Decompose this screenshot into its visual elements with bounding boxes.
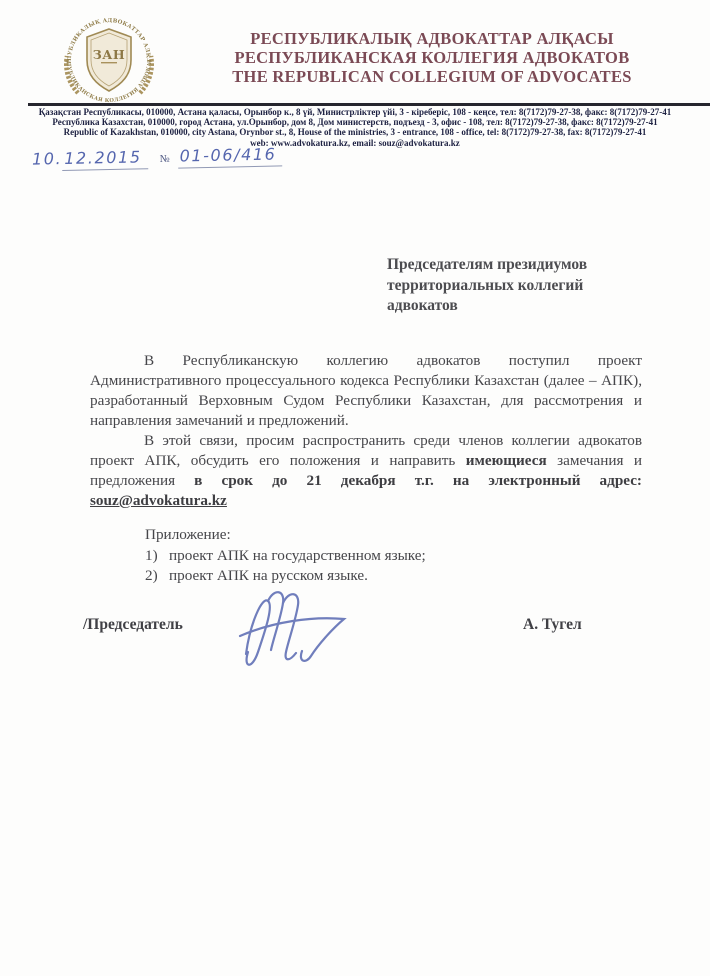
attachment-text: проект АПК на государственном языке;	[169, 547, 426, 564]
attachment-item: 1)проект АПК на государственном языке;	[145, 546, 426, 567]
attachments-title: Приложение:	[145, 525, 426, 546]
org-name-russian: РЕСПУБЛИКАНСКАЯ КОЛЛЕГИЯ АДВОКАТОВ	[168, 48, 696, 67]
attachment-number: 2)	[145, 566, 169, 587]
scanned-letter-page: РЕСПУБЛИКАЛЫҚ АДВОКАТТАР АЛҚАСЫ РЕСПУБЛИ…	[0, 0, 710, 976]
body-paragraph-1: В Республиканскую коллегию адвокатов пос…	[90, 351, 642, 431]
addressee-line: Председателям президиумов	[387, 255, 677, 276]
email-address: souz@advokatura.kz	[90, 492, 227, 509]
address-block: Қазақстан Республикасы, 010000, Астана қ…	[0, 108, 710, 149]
org-name-english: THE REPUBLICAN COLLEGIUM OF ADVOCATES	[168, 67, 696, 86]
reference-line: 10.12.2015№01-06/416	[32, 144, 283, 169]
signer-name: А. Тугел	[523, 616, 582, 634]
emblem-underline	[101, 62, 117, 63]
number-sign: №	[160, 154, 170, 165]
handwritten-date-day: 10.	[32, 149, 63, 169]
letterhead-titles: РЕСПУБЛИКАЛЫҚ АДВОКАТТАР АЛҚАСЫ РЕСПУБЛИ…	[168, 29, 696, 86]
attachment-text: проект АПК на русском языке.	[169, 567, 368, 584]
handwritten-signature	[228, 588, 368, 678]
signature-stroke	[228, 588, 368, 678]
paragraph-2-bold-word: имеющиеся	[466, 452, 547, 469]
attachment-number: 1)	[145, 546, 169, 567]
emblem-graphic: РЕСПУБЛИКАЛЫҚ АДВОКАТТАР АЛҚАСЫ РЕСПУБЛИ…	[56, 7, 162, 113]
signer-position-label: /Председатель	[83, 616, 183, 634]
paragraph-1-text: В Республиканскую коллегию адвокатов пос…	[90, 352, 642, 429]
emblem-star-right: ✳	[147, 59, 152, 66]
address-line-english: Republic of Kazakhstan, 010000, city Ast…	[0, 128, 710, 138]
deadline-bold-text: в срок до 21 декабря т.г. на электронный…	[194, 472, 642, 489]
letterhead-divider	[28, 103, 710, 106]
organization-emblem: РЕСПУБЛИКАЛЫҚ АДВОКАТТАР АЛҚАСЫ РЕСПУБЛИ…	[56, 7, 162, 113]
attachments-block: Приложение: 1)проект АПК на государствен…	[145, 525, 426, 587]
addressee-line: территориальных коллегий	[387, 276, 677, 297]
emblem-center-text: ЗАН	[93, 47, 126, 62]
letter-body: В Республиканскую коллегию адвокатов пос…	[90, 351, 642, 511]
org-name-kazakh: РЕСПУБЛИКАЛЫҚ АДВОКАТТАР АЛҚАСЫ	[168, 29, 696, 48]
handwritten-date-rest: 12.2015	[62, 147, 148, 171]
addressee-line: адвокатов	[387, 296, 677, 317]
body-paragraph-2: В этой связи, просим распространить сред…	[90, 431, 642, 511]
attachment-item: 2)проект АПК на русском языке.	[145, 566, 426, 587]
handwritten-outgoing-number: 01-06/416	[177, 144, 282, 168]
addressee-block: Председателям президиумов территориальны…	[387, 255, 677, 317]
emblem-star-left: ✳	[65, 59, 70, 66]
